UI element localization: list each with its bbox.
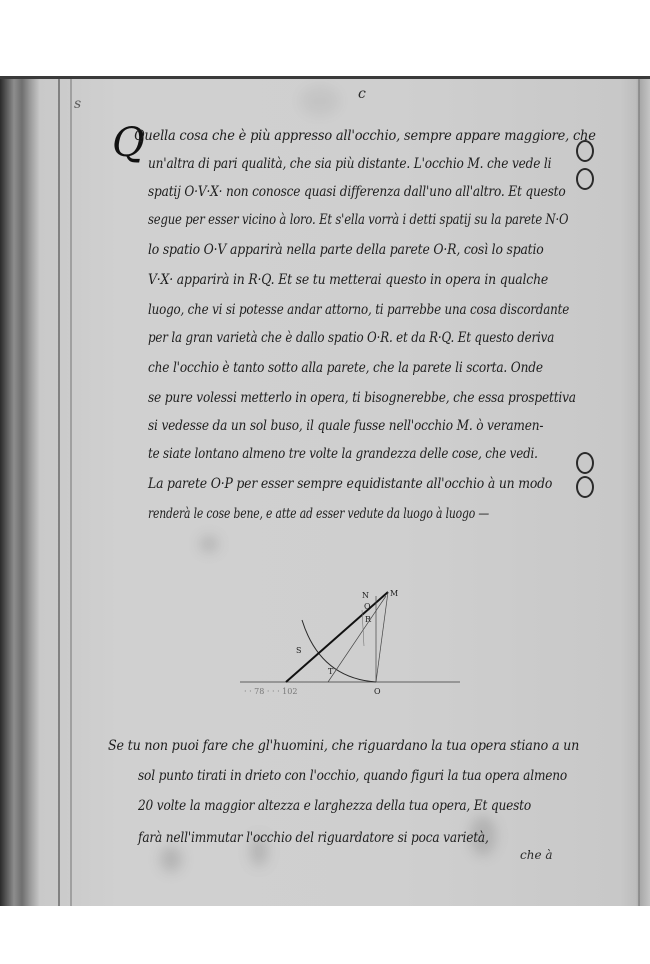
diagram-figure: N M Q R S T O · · 78 · · · 102 bbox=[240, 570, 460, 700]
binding-edge-line bbox=[58, 76, 60, 906]
text-line: Quella cosa che è più appresso all'occhi… bbox=[134, 128, 596, 144]
text-line: spatij O·V·X· non conosce quasi differen… bbox=[148, 184, 566, 200]
label-t: T bbox=[328, 667, 334, 676]
ink-stain bbox=[160, 846, 182, 872]
margin-o-mark bbox=[576, 476, 594, 498]
label-o: O bbox=[374, 687, 381, 696]
label-s: S bbox=[296, 646, 301, 655]
perspective-diagram: N M Q R S T O · · 78 · · · 102 bbox=[240, 570, 460, 700]
text-line: farà nell'immutar l'occhio del riguardat… bbox=[138, 830, 489, 846]
label-r: R bbox=[365, 615, 372, 624]
margin-o-mark bbox=[576, 168, 594, 190]
text-line: per la gran varietà che è dallo spatio O… bbox=[148, 330, 554, 346]
text-line: te siate lontano almeno tre volte la gra… bbox=[148, 446, 538, 462]
left-margin-mark: s bbox=[74, 96, 81, 112]
manuscript-page: c s Q Quella cosa che è più appresso all… bbox=[0, 76, 650, 906]
ink-stain bbox=[300, 86, 340, 116]
margin-o-mark bbox=[576, 140, 594, 162]
text-line: V·X· apparirà in R·Q. Et se tu metterai … bbox=[148, 272, 548, 288]
label-n: N bbox=[362, 591, 369, 600]
text-line: sol punto tirati in drieto con l'occhio,… bbox=[138, 768, 567, 784]
text-line: lo spatio O·V apparirà nella parte della… bbox=[148, 242, 544, 258]
text-line: Se tu non puoi fare che gl'huomini, che … bbox=[108, 738, 579, 754]
text-line: che l'occhio è tanto sotto alla parete, … bbox=[148, 360, 543, 376]
label-m: M bbox=[390, 589, 398, 598]
text-line: si vedesse da un sol buso, il quale fuss… bbox=[148, 418, 543, 434]
ink-stain bbox=[200, 536, 218, 552]
text-line: 20 volte la maggior altezza e larghezza … bbox=[138, 798, 531, 814]
bleedthrough-text: · · 78 · · · 102 bbox=[244, 687, 297, 696]
label-q: Q bbox=[364, 602, 371, 611]
margin-o-mark bbox=[576, 452, 594, 474]
text-line: luogo, che vi si potesse andar attorno, … bbox=[148, 302, 569, 318]
page-right-edge-line bbox=[638, 76, 640, 906]
text-line: La parete O·P per esser sempre equidista… bbox=[148, 476, 552, 492]
binding-edge-line-inner bbox=[70, 76, 72, 906]
text-line: un'altra di pari qualità, che sia più di… bbox=[148, 156, 551, 172]
text-line: se pure volessi metterlo in opera, ti bi… bbox=[148, 390, 576, 406]
text-line: renderà le cose bene, e atte ad esser ve… bbox=[148, 506, 489, 522]
catchword: che à bbox=[520, 848, 553, 862]
text-line: segue per esser vicino à loro. Et s'ella… bbox=[148, 212, 568, 228]
top-mark: c bbox=[358, 86, 366, 102]
